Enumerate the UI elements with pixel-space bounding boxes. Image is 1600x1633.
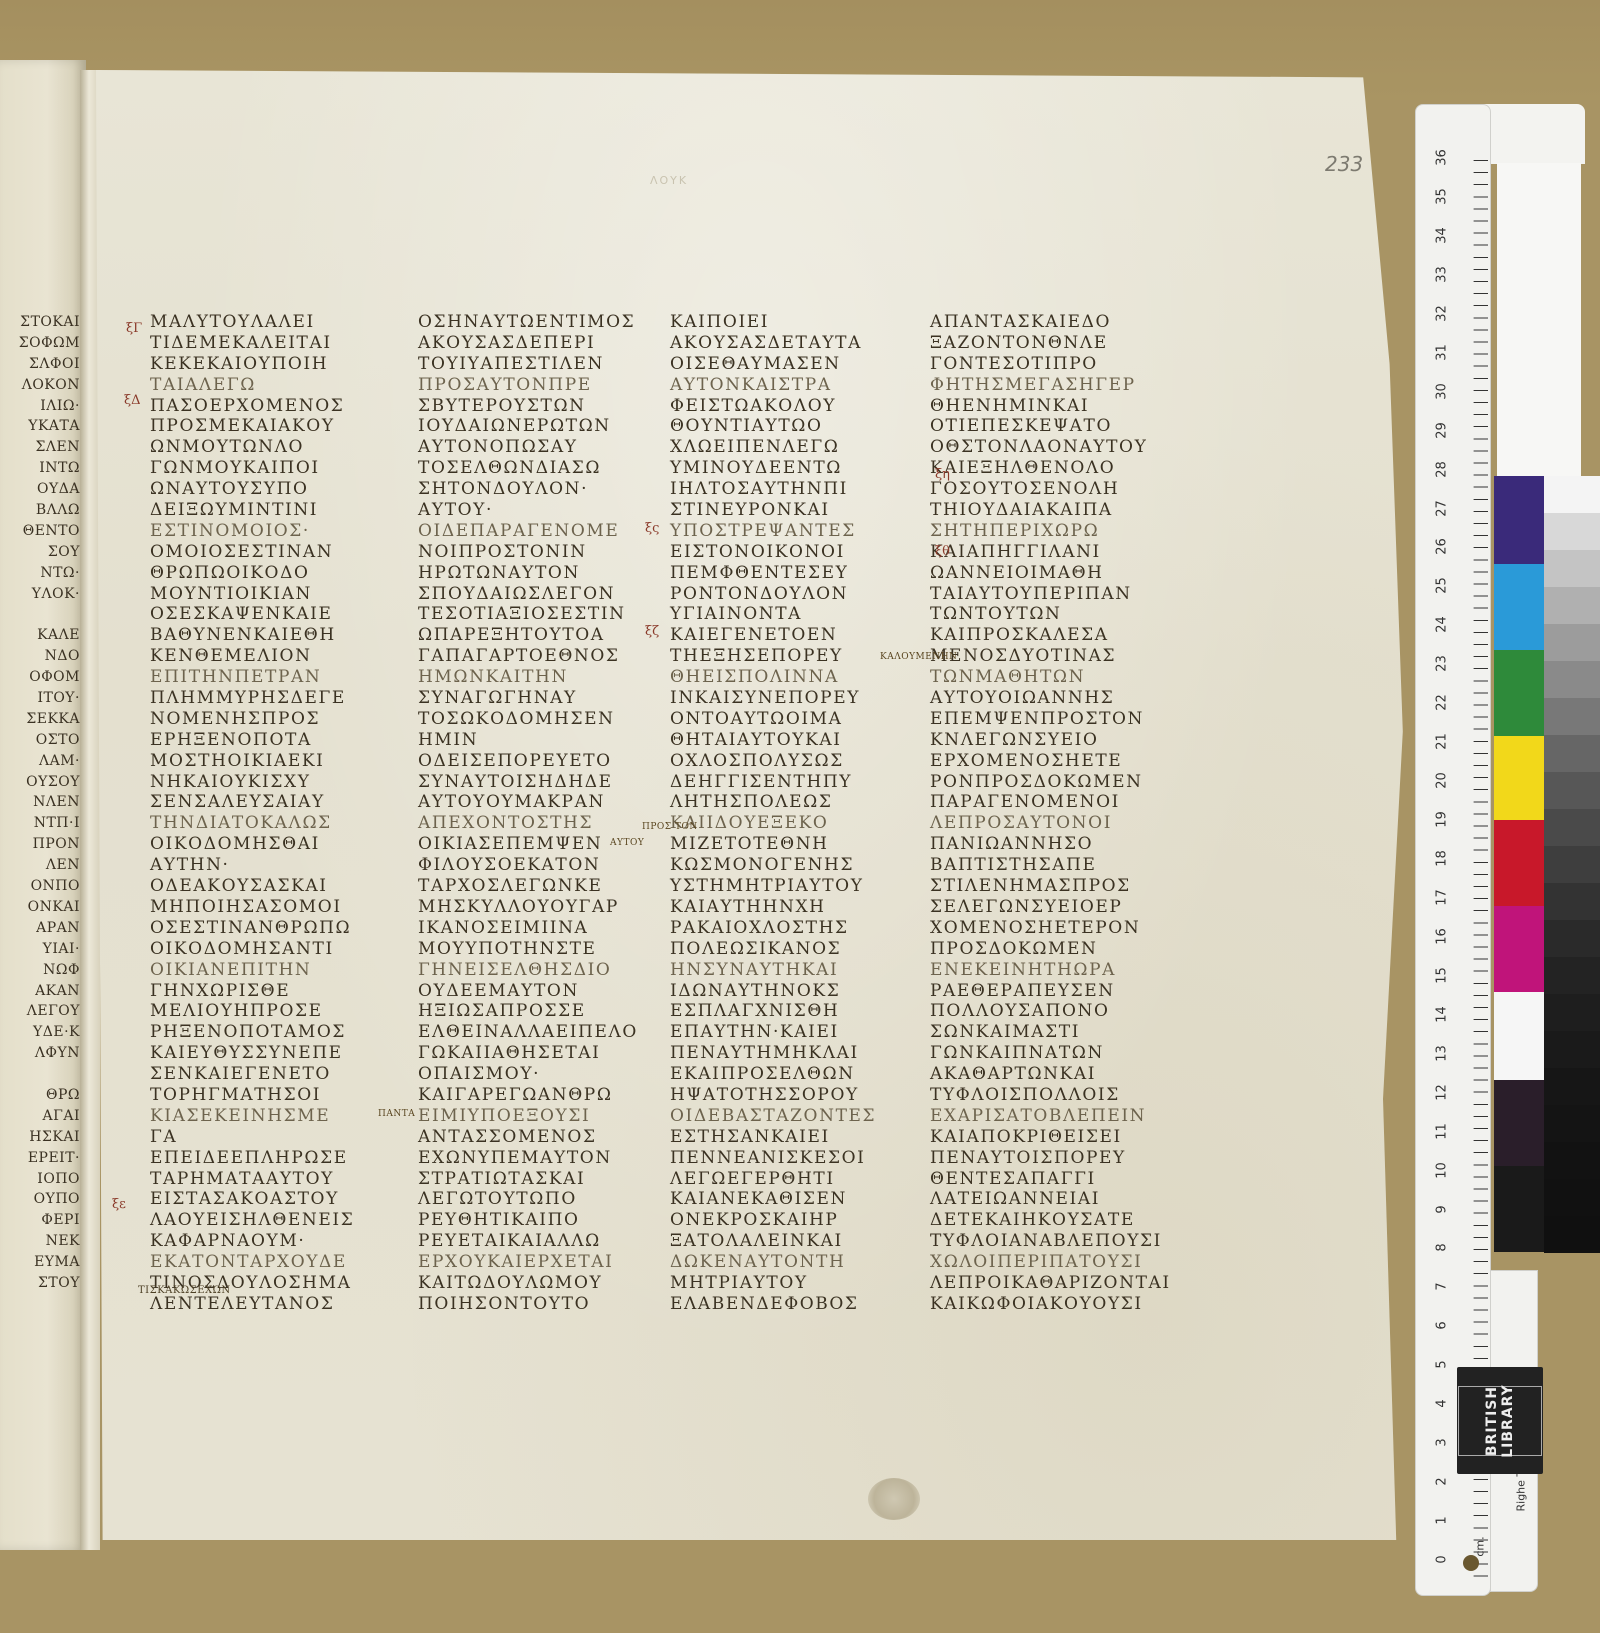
manuscript-line: ΣΕΝΣΑΛΕΥΣΑΙΑΥ xyxy=(150,792,354,813)
manuscript-line: ΤΙΔΕΜΕΚΑΛΕΙΤΑΙ xyxy=(150,333,354,354)
manuscript-line: ΤΑΡΧΟΣΛΕΓΩΝΚΕ xyxy=(418,876,638,897)
manuscript-line: ΚΩΣΜΟΝΟΓΕΝΗΣ xyxy=(670,855,876,876)
gray-swatch xyxy=(1544,550,1600,587)
gray-swatch xyxy=(1544,587,1600,624)
manuscript-line: ΘΡΩΠΩΟΙΚΟΔΟ xyxy=(150,563,354,584)
manuscript-line: ΚΑΦΑΡΝΑΟΥΜ· xyxy=(150,1231,354,1252)
ruler-number: 17 xyxy=(1435,885,1450,909)
manuscript-line: ΗΨΑΤΟΤΗΣΣΟΡΟΥ xyxy=(670,1085,876,1106)
manuscript-line: ΝΟΙΠΡΟΣΤΟΝΙΝ xyxy=(418,542,638,563)
ruler-number: 28 xyxy=(1435,457,1450,481)
manuscript-line: ΓΟΣΟΥΤΟΣΕΝΟΛΗ xyxy=(930,479,1171,500)
manuscript-line: ΛΗΤΗΣΠΟΛΕΩΣ xyxy=(670,792,876,813)
previous-leaf-line: ΝΩΦ xyxy=(0,960,80,981)
manuscript-line: ΕΝΕΚΕΙΝΗΤΗΩΡΑ xyxy=(930,960,1171,981)
manuscript-line: ΜΗΠΟΙΗΣΑΣΟΜΟΙ xyxy=(150,897,354,918)
gray-swatch xyxy=(1544,1031,1600,1068)
manuscript-line: ΕΧΩΝΥΠΕΜΑΥΤΟΝ xyxy=(418,1148,638,1169)
ruler-number: 9 xyxy=(1435,1197,1450,1221)
manuscript-line: ΚΑΙΕΥΘΥΣΣΥΝΕΠΕ xyxy=(150,1043,354,1064)
section-number: ξΔ xyxy=(124,394,141,407)
manuscript-line: ΟΣΕΣΤΙΝΑΝΘΡΩΠΩ xyxy=(150,918,354,939)
previous-leaf-line: ΦΕΡΙ xyxy=(0,1210,80,1231)
manuscript-line: ΣΗΤΗΠΕΡΙΧΩΡΩ xyxy=(930,521,1171,542)
british-library-logo: BRITISH LIBRARY xyxy=(1457,1367,1543,1474)
manuscript-line: ΒΑΠΤΙΣΤΗΣΑΠΕ xyxy=(930,855,1171,876)
previous-leaf-line: ΘΕΝΤΟ xyxy=(0,521,80,542)
ruler-number: 14 xyxy=(1435,1002,1450,1026)
manuscript-line: ΞΑΖΟΝΤΟΝΘΝΛΕ xyxy=(930,333,1171,354)
logo-text-british: BRITISH xyxy=(1484,1386,1500,1456)
manuscript-line: ΡΑΕΘΕΡΑΠΕΥΣΕΝ xyxy=(930,981,1171,1002)
manuscript-line: ΤΟΥΙΥΑΠΕΣΤΙΛΕΝ xyxy=(418,354,638,375)
previous-leaf-line: ΥΙΑΙ· xyxy=(0,939,80,960)
manuscript-line: ΚΙΑΣΕΚΕΙΝΗΣΜΕ xyxy=(150,1106,354,1127)
manuscript-line: ΜΟΥΥΠΟΤΗΝΣΤΕ xyxy=(418,939,638,960)
ruler-number: 26 xyxy=(1435,535,1450,559)
manuscript-line: ΗΞΙΩΣΑΠΡΟΣΣΕ xyxy=(418,1001,638,1022)
section-number: ξη xyxy=(935,468,950,481)
previous-leaf-line: ΥΚΑΤΑ xyxy=(0,416,80,437)
manuscript-line: ΟΙΚΟΔΟΜΗΣΘΑΙ xyxy=(150,834,354,855)
manuscript-line: ΟΝΕΚΡΟΣΚΑΙΗΡ xyxy=(670,1210,876,1231)
manuscript-line: ΚΕΝΘΕΜΕΛΙΟΝ xyxy=(150,646,354,667)
manuscript-line: ΠΑΡΑΓΕΝΟΜΕΝΟΙ xyxy=(930,792,1171,813)
manuscript-line: ΕΣΤΗΣΑΝΚΑΙΕΙ xyxy=(670,1127,876,1148)
manuscript-line: ΚΑΙΑΠΟΚΡΙΘΕΙΣΕΙ xyxy=(930,1127,1171,1148)
manuscript-line: ΚΑΙΑΠΗΓΓΙΛΑΝΙ xyxy=(930,542,1171,563)
previous-leaf-line: ΕΡΕΙΤ· xyxy=(0,1148,80,1169)
text-column-4: ΑΠΑΝΤΑΣΚΑΙΕΔΟΞΑΖΟΝΤΟΝΘΝΛΕΓΟΝΤΕΣΟΤΙΠΡΟΦΗΤ… xyxy=(930,312,1171,1315)
manuscript-line: ΟΙΚΙΑΣΕΠΕΜΨΕΝ xyxy=(418,834,638,855)
manuscript-line: ΡΟΝΠΡΟΣΔΟΚΩΜΕΝ xyxy=(930,772,1171,793)
previous-leaf-line: ΝΤΩ· xyxy=(0,563,80,584)
previous-leaf-line: ΛΑΜ· xyxy=(0,751,80,772)
manuscript-line: ΚΑΙΑΥΤΗΗΝΧΗ xyxy=(670,897,876,918)
manuscript-line: ΡΕΥΘΗΤΙΚΑΙΠΟ xyxy=(418,1210,638,1231)
manuscript-line: ΥΜΙΝΟΥΔΕΕΝΤΩ xyxy=(670,458,876,479)
manuscript-line: ΛΕΠΡΟΣΑΥΤΟΝΟΙ xyxy=(930,813,1171,834)
previous-leaf-line: ΣΤΟΚΑΙ xyxy=(0,312,80,333)
manuscript-line: ΡΟΝΤΟΝΔΟΥΛΟΝ xyxy=(670,584,876,605)
manuscript-line: ΕΛΑΒΕΝΔΕΦΟΒΟΣ xyxy=(670,1294,876,1315)
ruler-unit-label: cm. xyxy=(1474,1536,1487,1556)
previous-leaf-line: ΝΔΟ xyxy=(0,646,80,667)
manuscript-line: ΟΔΕΙΣΕΠΟΡΕΥΕΤΟ xyxy=(418,751,638,772)
manuscript-line: ΓΑ xyxy=(150,1127,354,1148)
manuscript-line: ΛΕΓΩΤΟΥΤΩΠΟ xyxy=(418,1189,638,1210)
manuscript-line: ΚΑΙΤΩΔΟΥΛΩΜΟΥ xyxy=(418,1273,638,1294)
ruler-number: 29 xyxy=(1435,418,1450,442)
manuscript-line: ΜΗΣΚΥΛΛΟΥΟΥΓΑΡ xyxy=(418,897,638,918)
manuscript-line: ΛΕΠΡΟΙΚΑΘΑΡΙΖΟΝΤΑΙ xyxy=(930,1273,1171,1294)
manuscript-line: ΔΕΤΕΚΑΙΗΚΟΥΣΑΤΕ xyxy=(930,1210,1171,1231)
manuscript-line: ΑΚΑΘΑΡΤΩΝΚΑΙ xyxy=(930,1064,1171,1085)
ruler-number: 4 xyxy=(1435,1392,1450,1416)
color-swatch-column xyxy=(1494,476,1544,1252)
previous-leaf-line: ΙΛΙΩ· xyxy=(0,396,80,417)
manuscript-line: ΕΡΗΞΕΝΟΠΟΤΑ xyxy=(150,730,354,751)
manuscript-line: ΟΙΣΕΘΑΥΜΑΣΕΝ xyxy=(670,354,876,375)
manuscript-line: ΓΩΝΜΟΥΚΑΙΠΟΙ xyxy=(150,458,354,479)
manuscript-line: ΝΟΜΕΝΗΣΠΡΟΣ xyxy=(150,709,354,730)
manuscript-line: ΚΑΙΕΓΕΝΕΤΟΕΝ xyxy=(670,625,876,646)
ruler-number: 11 xyxy=(1435,1119,1450,1143)
manuscript-line: ΦΕΙΣΤΩΑΚΟΛΟΥ xyxy=(670,396,876,417)
gray-swatch xyxy=(1544,513,1600,550)
manuscript-line: ΜΗΤΡΙΑΥΤΟΥ xyxy=(670,1273,876,1294)
manuscript-line: ΗΝΣΥΝΑΥΤΗΚΑΙ xyxy=(670,960,876,981)
correction-gloss: ΠΡΟΣ ΤΟΝ xyxy=(642,822,698,832)
manuscript-line: ΤΗΝΔΙΑΤΟΚΑΛΩΣ xyxy=(150,813,354,834)
previous-leaf-line: ΥΛΟΚ· xyxy=(0,584,80,605)
section-number: ξς xyxy=(645,522,659,535)
manuscript-line: ΑΝΤΑΣΣΟΜΕΝΟΣ xyxy=(418,1127,638,1148)
grayscale-swatch-column xyxy=(1544,476,1600,1253)
manuscript-line: ΘΗΕΙΣΠΟΛΙΝΝΑ xyxy=(670,667,876,688)
color-swatch xyxy=(1494,564,1544,650)
manuscript-line: ΚΑΙΕΞΗΛΘΕΝΟΛΟ xyxy=(930,458,1171,479)
manuscript-line: ΙΝΚΑΙΣΥΝΕΠΟΡΕΥ xyxy=(670,688,876,709)
correction-gloss: ΚΑΛΟΥΜΕΝΗΝ xyxy=(880,652,957,662)
previous-leaf-line: ΛΦΥΝ xyxy=(0,1043,80,1064)
manuscript-line: ΑΚΟΥΣΑΣΔΕΠΕΡΙ xyxy=(418,333,638,354)
manuscript-line: ΧΩΛΟΙΠΕΡΙΠΑΤΟΥΣΙ xyxy=(930,1252,1171,1273)
manuscript-line: ΣΠΟΥΔΑΙΩΣΛΕΓΟΝ xyxy=(418,584,638,605)
manuscript-line: ΑΚΟΥΣΑΣΔΕΤΑΥΤΑ xyxy=(670,333,876,354)
gray-swatch xyxy=(1544,846,1600,883)
manuscript-line: ΕΙΣΤΟΝΟΙΚΟΝΟΙ xyxy=(670,542,876,563)
parchment-stain xyxy=(868,1478,920,1520)
manuscript-line: ΠΑΝΙΩΑΝΝΗΣΟ xyxy=(930,834,1171,855)
manuscript-line: ΠΟΛΛΟΥΣΑΠΟΝΟ xyxy=(930,1001,1171,1022)
footnote-annotation: ΤΙΣΚΑΚΩΣΕΧΩΝ xyxy=(138,1285,231,1296)
manuscript-line: ΥΣΤΗΜΗΤΡΙΑΥΤΟΥ xyxy=(670,876,876,897)
ruler-number: 10 xyxy=(1435,1158,1450,1182)
manuscript-line: ΚΕΚΕΚΑΙΟΥΠΟΙΗ xyxy=(150,354,354,375)
manuscript-line: ΚΑΙΠΟΙΕΙ xyxy=(670,312,876,333)
manuscript-line: ΜΕΝΟΣΔΥΟΤΙΝΑΣ xyxy=(930,646,1171,667)
manuscript-line: ΔΩΚΕΝΑΥΤΟΝΤΗ xyxy=(670,1252,876,1273)
manuscript-line: ΓΑΠΑΓΑΡΤΟΕΘΝΟΣ xyxy=(418,646,638,667)
manuscript-line: ΤΩΝΜΑΘΗΤΩΝ xyxy=(930,667,1171,688)
manuscript-line: ΑΥΤΗΝ· xyxy=(150,855,354,876)
ruler-number: 23 xyxy=(1435,652,1450,676)
previous-leaf-line: ΟΝΠΟ xyxy=(0,876,80,897)
manuscript-line: ΟΣΗΝΑΥΤΩΕΝΤΙΜΟΣ xyxy=(418,312,638,333)
manuscript-line: ΡΕΥΕΤΑΙΚΑΙΑΛΛΩ xyxy=(418,1231,638,1252)
manuscript-line: ΑΥΤΟΥ· xyxy=(418,500,638,521)
ruler-number: 18 xyxy=(1435,847,1450,871)
text-column-3: ΚΑΙΠΟΙΕΙΑΚΟΥΣΑΣΔΕΤΑΥΤΑΟΙΣΕΘΑΥΜΑΣΕΝΑΥΤΟΝΚ… xyxy=(670,312,876,1315)
manuscript-line: ΤΟΣΩΚΟΔΟΜΗΣΕΝ xyxy=(418,709,638,730)
manuscript-line: ΚΑΙΠΡΟΣΚΑΛΕΣΑ xyxy=(930,625,1171,646)
previous-leaf-line: ΒΛΛΩ xyxy=(0,500,80,521)
previous-leaf-line: ΑΚΑΝ xyxy=(0,981,80,1002)
previous-leaf-line: ΣΛΦΟΙ xyxy=(0,354,80,375)
color-swatch xyxy=(1494,992,1544,1080)
ruler-number: 7 xyxy=(1435,1275,1450,1299)
manuscript-line: ΤΥΦΛΟΙΑΝΑΒΛΕΠΟΥΣΙ xyxy=(930,1231,1171,1252)
manuscript-line: ΟΘΣΤΟΝΛΑΟΝΑΥΤΟΥ xyxy=(930,437,1171,458)
manuscript-line: ΓΩΝΚΑΙΠΝΑΤΩΝ xyxy=(930,1043,1171,1064)
correction-gloss: ΑΥΤΟΥ xyxy=(610,838,644,848)
previous-leaf-line: ΟΦΟΜ xyxy=(0,667,80,688)
manuscript-line: ΙΚΑΝΟΣΕΙΜΙΙΝΑ xyxy=(418,918,638,939)
manuscript-line: ΙΔΩΝΑΥΤΗΝΟΚΣ xyxy=(670,981,876,1002)
manuscript-line: ΤΟΡΗΓΜΑΤΗΣΟΙ xyxy=(150,1085,354,1106)
previous-leaf-line: ΘΡΩ xyxy=(0,1085,80,1106)
manuscript-line: ΤΥΦΛΟΙΣΠΟΛΛΟΙΣ xyxy=(930,1085,1171,1106)
manuscript-line: ΔΕΙΞΩΥΜΙΝΤΙΝΙ xyxy=(150,500,354,521)
manuscript-line: ΑΠΕΧΟΝΤΟΣΤΗΣ xyxy=(418,813,638,834)
gray-swatch xyxy=(1544,920,1600,957)
manuscript-line: ΩΠΑΡΕΞΗΤΟΥΤΟΑ xyxy=(418,625,638,646)
gray-swatch xyxy=(1544,1105,1600,1142)
manuscript-line: ΝΗΚΑΙΟΥΚΙΣΧΥ xyxy=(150,772,354,793)
previous-leaf-line: ΣΤΟΥ xyxy=(0,1273,80,1294)
manuscript-line: ΠΡΟΣΑΥΤΟΝΠΡΕ xyxy=(418,375,638,396)
manuscript-line: ΙΗΛΤΟΣΑΥΤΗΝΠΙ xyxy=(670,479,876,500)
manuscript-line: ΘΗΤΑΙΑΥΤΟΥΚΑΙ xyxy=(670,730,876,751)
manuscript-line: ΜΟΣΤΗΟΙΚΙΑΕΚΙ xyxy=(150,751,354,772)
manuscript-line: ΑΥΤΟΥΟΥΜΑΚΡΑΝ xyxy=(418,792,638,813)
manuscript-line: ΕΙΜΙΥΠΟΕΞΟΥΣΙ xyxy=(418,1106,638,1127)
manuscript-line: ΛΑΟΥΕΙΣΗΛΘΕΝΕΙΣ xyxy=(150,1210,354,1231)
manuscript-line: ΑΥΤΟΥΟΙΩΑΝΝΗΣ xyxy=(930,688,1171,709)
manuscript-line: ΓΗΝΧΩΡΙΣΘΕ xyxy=(150,981,354,1002)
ruler-number: 2 xyxy=(1435,1470,1450,1494)
previous-leaf-line: ΙΝΤΩ xyxy=(0,458,80,479)
manuscript-line: ΤΕΣΟΤΙΑΞΙΟΣΕΣΤΙΝ xyxy=(418,604,638,625)
manuscript-line: ΑΥΤΟΝΟΠΩΣΑΥ xyxy=(418,437,638,458)
gray-swatch xyxy=(1544,772,1600,809)
ruler-number: 12 xyxy=(1435,1080,1450,1104)
manuscript-line: ΕΣΤΙΝΟΜΟΙΟΣ· xyxy=(150,521,354,542)
ruler-number: 20 xyxy=(1435,769,1450,793)
manuscript-line: ΣΕΝΚΑΙΕΓΕΝΕΤΟ xyxy=(150,1064,354,1085)
gray-swatch xyxy=(1544,624,1600,661)
manuscript-line: ΩΝΑΥΤΟΥΣΥΠΟ xyxy=(150,479,354,500)
previous-leaf-line: ΙΟΠΟ xyxy=(0,1169,80,1190)
previous-leaf-line: ΟΥΠΟ xyxy=(0,1189,80,1210)
manuscript-line: ΓΩΚΑΙΙΑΘΗΣΕΤΑΙ xyxy=(418,1043,638,1064)
ruler-number: 34 xyxy=(1435,223,1450,247)
section-number: ξζ xyxy=(645,625,659,638)
previous-leaf-line xyxy=(0,604,80,625)
ruler-number: 36 xyxy=(1435,146,1450,170)
ruler-number: 27 xyxy=(1435,496,1450,520)
manuscript-line: ΚΝΛΕΓΩΝΣΥΕΙΟ xyxy=(930,730,1171,751)
color-swatch xyxy=(1494,1080,1544,1166)
manuscript-line: ΤΟΣΕΛΘΩΝΔΙΑΣΩ xyxy=(418,458,638,479)
ruler-number: 22 xyxy=(1435,691,1450,715)
manuscript-line: ΛΕΓΩΕΓΕΡΘΗΤΙ xyxy=(670,1169,876,1190)
manuscript-line: ΟΝΤΟΑΥΤΩΟΙΜΑ xyxy=(670,709,876,730)
manuscript-line: ΣΒΥΤΕΡΟΥΣΤΩΝ xyxy=(418,396,638,417)
manuscript-line: ΓΗΝΕΙΣΕΛΘΗΣΔΙΟ xyxy=(418,960,638,981)
ruler-number: 25 xyxy=(1435,574,1450,598)
previous-leaf-line: ΟΝΚΑΙ xyxy=(0,897,80,918)
manuscript-line: ΘΗΕΝΗΜΙΝΚΑΙ xyxy=(930,396,1171,417)
manuscript-line: ΣΥΝΑΓΩΓΗΝΑΥ xyxy=(418,688,638,709)
ruler-number: 0 xyxy=(1435,1548,1450,1572)
manuscript-line: ΤΑΡΗΜΑΤΑΑΥΤΟΥ xyxy=(150,1169,354,1190)
text-column-1: ΜΑΛΥΤΟΥΛΑΛΕΙΤΙΔΕΜΕΚΑΛΕΙΤΑΙΚΕΚΕΚΑΙΟΥΠΟΙΗΤ… xyxy=(150,312,354,1315)
ruler-number: 19 xyxy=(1435,808,1450,832)
manuscript-line: ΕΛΘΕΙΝΑΛΛΑΕΙΠΕΛΟ xyxy=(418,1022,638,1043)
manuscript-line: ΟΤΙΕΠΕΣΚΕΨΑΤΟ xyxy=(930,416,1171,437)
manuscript-line: ΣΤΙΛΕΝΗΜΑΣΠΡΟΣ xyxy=(930,876,1171,897)
gray-swatch xyxy=(1544,809,1600,846)
previous-leaf-line: ΝΛΕΝ xyxy=(0,792,80,813)
manuscript-line: ΡΑΚΑΙΟΧΛΟΣΤΗΣ xyxy=(670,918,876,939)
gray-swatch xyxy=(1544,1142,1600,1179)
manuscript-line: ΣΗΤΟΝΔΟΥΛΟΝ· xyxy=(418,479,638,500)
manuscript-line: ΗΜΩΝΚΑΙΤΗΝ xyxy=(418,667,638,688)
text-column-2: ΟΣΗΝΑΥΤΩΕΝΤΙΜΟΣΑΚΟΥΣΑΣΔΕΠΕΡΙΤΟΥΙΥΑΠΕΣΤΙΛ… xyxy=(418,312,638,1315)
manuscript-line: ΤΗΙΟΥΔΑΙΑΚΑΙΠΑ xyxy=(930,500,1171,521)
manuscript-line: ΕΠΑΥΤΗΝ·ΚΑΙΕΙ xyxy=(670,1022,876,1043)
gray-swatch xyxy=(1544,476,1600,513)
manuscript-line: ΕΧΑΡΙΣΑΤΟΒΛΕΠΕΙΝ xyxy=(930,1106,1171,1127)
gray-swatch xyxy=(1544,883,1600,920)
manuscript-line: ΜΕΛΙΟΥΗΠΡΟΣΕ xyxy=(150,1001,354,1022)
color-swatch xyxy=(1494,476,1544,564)
ruler-number: 13 xyxy=(1435,1041,1450,1065)
manuscript-line: ΠΟΛΕΩΣΙΚΑΝΟΣ xyxy=(670,939,876,960)
ruler-number: 21 xyxy=(1435,730,1450,754)
previous-leaf-line: ΙΤΟΥ· xyxy=(0,688,80,709)
manuscript-line: ΘΕΝΤΕΣΑΠΑΓΓΙ xyxy=(930,1169,1171,1190)
section-number: ξε xyxy=(112,1198,126,1211)
manuscript-line: ΟΣΕΣΚΑΨΕΝΚΑΙΕ xyxy=(150,604,354,625)
manuscript-line: ΚΑΙΚΩΦΟΙΑΚΟΥΟΥΣΙ xyxy=(930,1294,1171,1315)
manuscript-line: ΛΕΝΤΕΛΕΥΤΑΝΟΣ xyxy=(150,1294,354,1315)
previous-leaf-line: ΟΣΤΟ xyxy=(0,730,80,751)
manuscript-line: ΣΤΙΝΕΥΡΟΝΚΑΙ xyxy=(670,500,876,521)
manuscript-line: ΘΟΥΝΤΙΑΥΤΩΟ xyxy=(670,416,876,437)
previous-leaf-line: ΟΥΣΟΥ xyxy=(0,772,80,793)
folio-number: 233 xyxy=(1325,152,1363,176)
correction-gloss: ΠΑΝΤΑ xyxy=(378,1109,415,1119)
gray-swatch xyxy=(1544,1216,1600,1253)
color-swatch xyxy=(1494,820,1544,906)
color-swatch xyxy=(1494,736,1544,820)
manuscript-line: ΣΕΛΕΓΩΝΣΥΕΙΟΕΡ xyxy=(930,897,1171,918)
ruler-number: 6 xyxy=(1435,1314,1450,1338)
manuscript-line: ΟΠΑΙΣΜΟΥ· xyxy=(418,1064,638,1085)
white-reference-card xyxy=(1497,163,1581,478)
section-number: ξθ xyxy=(935,545,950,558)
manuscript-line: ΕΡΧΟΥΚΑΙΕΡΧΕΤΑΙ xyxy=(418,1252,638,1273)
manuscript-line: ΤΗΕΞΗΣΕΠΟΡΕΥ xyxy=(670,646,876,667)
manuscript-line: ΠΛΗΜΜΥΡΗΣΔΕΓΕ xyxy=(150,688,354,709)
manuscript-line: ΒΑΘΥΝΕΝΚΑΙΕΘΗ xyxy=(150,625,354,646)
manuscript-line: ΡΗΞΕΝΟΠΟΤΑΜΟΣ xyxy=(150,1022,354,1043)
running-head: ΛΟΥΚ xyxy=(650,174,688,187)
ruler-number: 16 xyxy=(1435,924,1450,948)
manuscript-line: ΩΝΜΟΥΤΩΝΛΟ xyxy=(150,437,354,458)
manuscript-line: ΣΩΝΚΑΙΜΑΣΤΙ xyxy=(930,1022,1171,1043)
manuscript-line: ΧΟΜΕΝΟΣΗΕΤΕΡΟΝ xyxy=(930,918,1171,939)
previous-leaf-line: ΣΛΕΝ xyxy=(0,437,80,458)
ruler-number: 8 xyxy=(1435,1236,1450,1260)
manuscript-line: ΜΑΛΥΤΟΥΛΑΛΕΙ xyxy=(150,312,354,333)
manuscript-line: ΤΑΙΑΛΕΓΩ xyxy=(150,375,354,396)
manuscript-line: ΤΑΙΑΥΤΟΥΠΕΡΙΠΑΝ xyxy=(930,584,1171,605)
manuscript-line: ΗΜΙΝ xyxy=(418,730,638,751)
manuscript-line: ΚΑΙΙΔΟΥΕΞΕΚΟ xyxy=(670,813,876,834)
previous-leaf-line: ΣΕΚΚΑ xyxy=(0,709,80,730)
manuscript-line: ΠΕΝΑΥΤΗΜΗΚΛΑΙ xyxy=(670,1043,876,1064)
gray-swatch xyxy=(1544,994,1600,1031)
manuscript-line: ΠΕΜΦΘΕΝΤΕΣΕΥ xyxy=(670,563,876,584)
previous-leaf-line: ΥΔΕ·Κ xyxy=(0,1022,80,1043)
manuscript-line: ΥΠΟΣΤΡΕΨΑΝΤΕΣ xyxy=(670,521,876,542)
previous-leaf-text: ΣΤΟΚΑΙΣΟΦΩΜΣΛΦΟΙΛΟΚΟΝΙΛΙΩ·ΥΚΑΤΑΣΛΕΝΙΝΤΩΟ… xyxy=(0,312,80,1294)
ruler-number: 24 xyxy=(1435,613,1450,637)
manuscript-line: ΚΑΙΓΑΡΕΓΩΑΝΘΡΩ xyxy=(418,1085,638,1106)
manuscript-line: ΟΙΚΟΔΟΜΗΣΑΝΤΙ xyxy=(150,939,354,960)
previous-leaf-line xyxy=(0,1064,80,1085)
ruler-number: 30 xyxy=(1435,379,1450,403)
manuscript-line: ΕΣΠΛΑΓΧΝΙΣΘΗ xyxy=(670,1001,876,1022)
manuscript-line: ΟΙΚΙΑΝΕΠΙΤΗΝ xyxy=(150,960,354,981)
previous-leaf-line: ΛΟΚΟΝ xyxy=(0,375,80,396)
manuscript-line: ΟΙΔΕΒΑΣΤΑΖΟΝΤΕΣ xyxy=(670,1106,876,1127)
previous-leaf-line: ΝΤΠ·Ι xyxy=(0,813,80,834)
previous-leaf-line: ΗΣΚΑΙ xyxy=(0,1127,80,1148)
ruler-number: 1 xyxy=(1435,1509,1450,1533)
ruler-number: 35 xyxy=(1435,184,1450,208)
color-swatch xyxy=(1494,906,1544,992)
ruler-number: 5 xyxy=(1435,1353,1450,1377)
manuscript-line: ΤΩΝΤΟΥΤΩΝ xyxy=(930,604,1171,625)
manuscript-line: ΔΕΗΓΓΙΣΕΝΤΗΠΥ xyxy=(670,772,876,793)
gray-swatch xyxy=(1544,957,1600,994)
manuscript-line: ΣΤΡΑΤΙΩΤΑΣΚΑΙ xyxy=(418,1169,638,1190)
ruler-number: 31 xyxy=(1435,340,1450,364)
manuscript-line: ΠΟΙΗΣΟΝΤΟΥΤΟ xyxy=(418,1294,638,1315)
manuscript-line: ΟΙΔΕΠΑΡΑΓΕΝΟΜΕ xyxy=(418,521,638,542)
section-number: ξΓ xyxy=(126,322,142,335)
manuscript-line: ΠΡΟΣΜΕΚΑΙΑΚΟΥ xyxy=(150,416,354,437)
previous-leaf-line: ΟΥΔΑ xyxy=(0,479,80,500)
manuscript-line: ΞΑΤΟΛΑΛΕΙΝΚΑΙ xyxy=(670,1231,876,1252)
manuscript-line: ΕΠΕΙΔΕΕΠΛΗΡΩΣΕ xyxy=(150,1148,354,1169)
manuscript-line: ΕΚΑΤΟΝΤΑΡΧΟΥΔΕ xyxy=(150,1252,354,1273)
manuscript-line: ΦΙΛΟΥΣΟΕΚΑΤΟΝ xyxy=(418,855,638,876)
manuscript-line: ΩΑΝΝΕΙΟΙΜΑΘΗ xyxy=(930,563,1171,584)
manuscript-line: ΠΕΝΝΕΑΝΙΣΚΕΣΟΙ xyxy=(670,1148,876,1169)
manuscript-line: ΚΑΙΑΝΕΚΑΘΙΣΕΝ xyxy=(670,1189,876,1210)
manuscript-line: ΕΙΣΤΑΣΑΚΟΑΣΤΟΥ xyxy=(150,1189,354,1210)
manuscript-line: ΟΜΟΙΟΣΕΣΤΙΝΑΝ xyxy=(150,542,354,563)
color-swatch xyxy=(1494,650,1544,736)
manuscript-line: ΑΥΤΟΝΚΑΙΣΤΡΑ xyxy=(670,375,876,396)
previous-leaf-line: ΛΕΝ xyxy=(0,855,80,876)
manuscript-line: ΠΡΟΣΔΟΚΩΜΕΝ xyxy=(930,939,1171,960)
ruler-number: 33 xyxy=(1435,262,1450,286)
previous-leaf-line: ΝΕΚ xyxy=(0,1231,80,1252)
previous-leaf-line: ΛΕΓΟΥ xyxy=(0,1001,80,1022)
manuscript-line: ΜΙΖΕΤΟΤΕΘΝΗ xyxy=(670,834,876,855)
gray-swatch xyxy=(1544,1179,1600,1216)
color-swatch xyxy=(1494,1166,1544,1252)
previous-leaf-line: ΑΡΑΝ xyxy=(0,918,80,939)
manuscript-line: ΗΡΩΤΩΝΑΥΤΟΝ xyxy=(418,563,638,584)
